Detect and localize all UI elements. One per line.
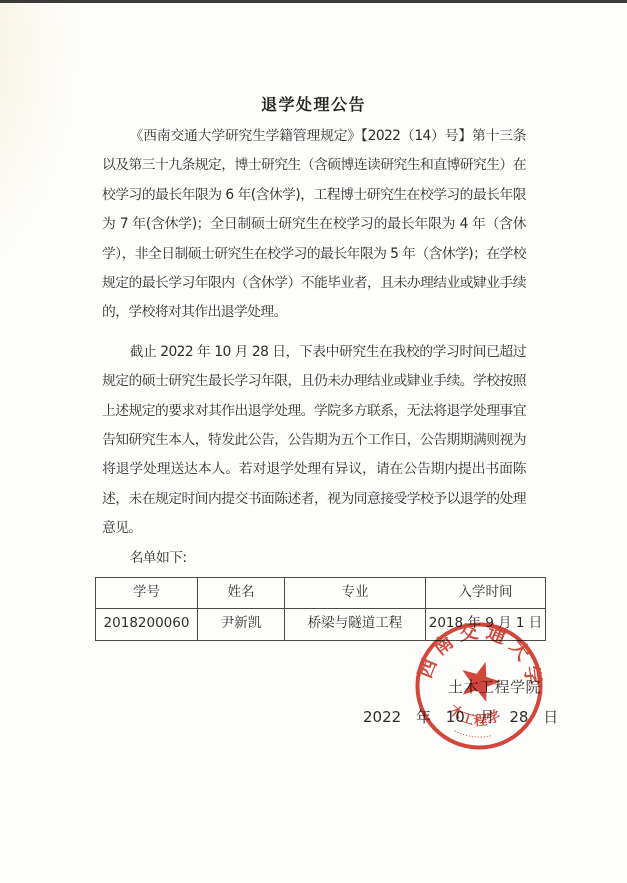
official-seal: 西南交通大学 土木工程学院 ············· (405, 612, 552, 759)
document-title: 退学处理公告 (0, 92, 627, 115)
scanned-document-page: 退学处理公告 《西南交通大学研究生学籍管理规定》【2022（14）号】第十三条以… (0, 0, 627, 883)
svg-text:·············: ············· (452, 729, 494, 743)
cell-student-id: 2018200060 (96, 608, 198, 640)
cell-name: 尹新凯 (198, 608, 285, 640)
paragraph-notice: 截止 2022 年 10 月 28 日，下表中研究生在我校的学习时间已超过规定的… (102, 338, 526, 544)
cell-major: 桥梁与隧道工程 (285, 608, 426, 640)
seal-serial-text: ············· (452, 729, 494, 743)
document-body: 《西南交通大学研究生学籍管理规定》【2022（14）号】第十三条以及第三十九条规… (102, 122, 526, 641)
table-header-row: 学号 姓名 专业 入学时间 (96, 578, 546, 608)
list-intro: 名单如下: (102, 544, 526, 573)
table-header-name: 姓名 (198, 578, 285, 608)
scan-edge-artifact (0, 0, 627, 3)
seal-star-icon (459, 659, 503, 703)
paragraph-regulations: 《西南交通大学研究生学籍管理规定》【2022（14）号】第十三条以及第三十九条规… (102, 122, 526, 328)
table-header-enroll-date: 入学时间 (426, 578, 546, 608)
table-header-major: 专业 (285, 578, 426, 608)
table-header-student-id: 学号 (96, 578, 198, 608)
